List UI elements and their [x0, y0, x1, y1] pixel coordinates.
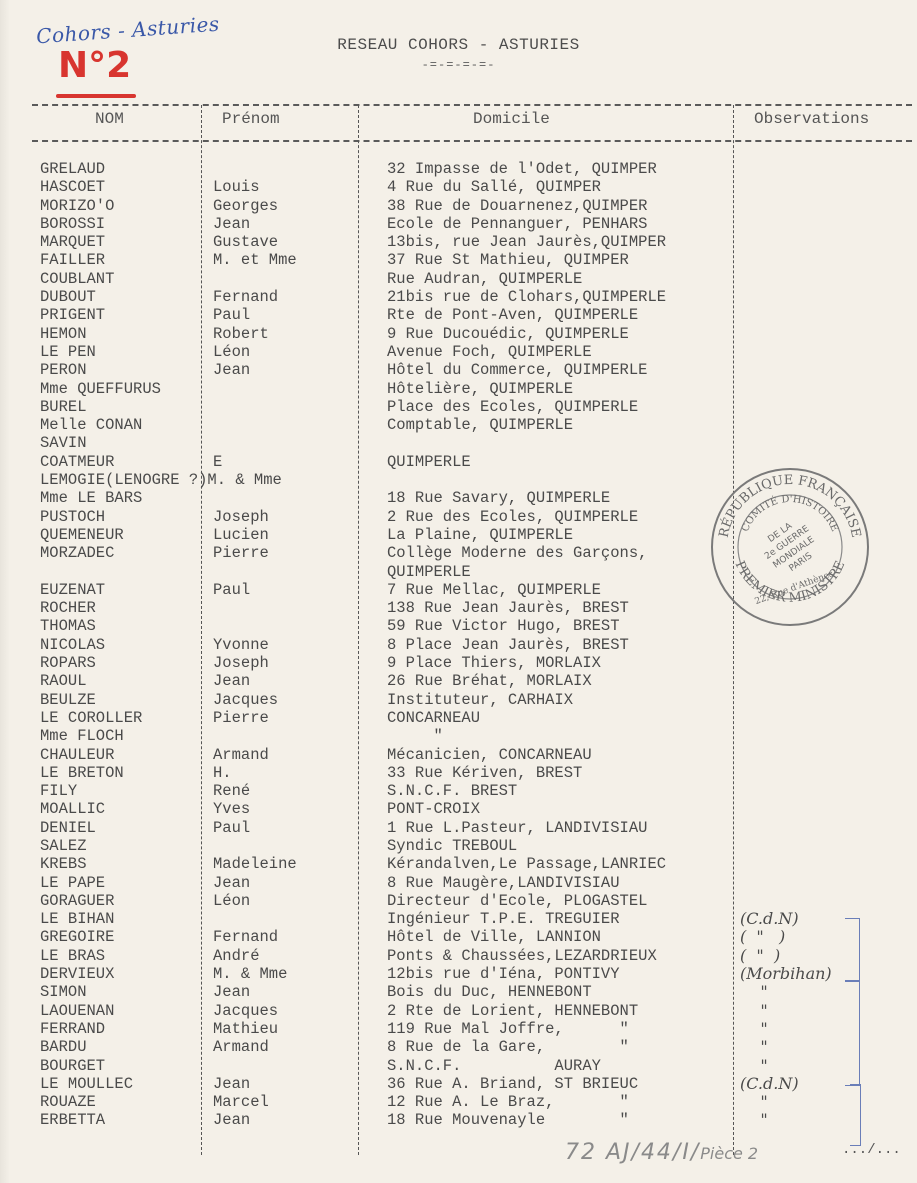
table-row: SAVIN — [0, 434, 917, 452]
cell-nom: EUZENAT — [40, 581, 105, 599]
cell-prenom: Fernand — [213, 928, 278, 946]
cell-nom: MORZADEC — [40, 544, 114, 562]
header-observations: Observations — [754, 110, 869, 128]
cell-domicile: 4 Rue du Sallé, QUIMPER — [387, 178, 601, 196]
cell-nom: BOURGET — [40, 1057, 105, 1075]
cell-nom: CHAULEUR — [40, 746, 114, 764]
cell-prenom: Léon — [213, 892, 250, 910]
table-row: LE COROLLERPierreCONCARNEAU — [0, 709, 917, 727]
cell-nom: LE COROLLER — [40, 709, 142, 727]
cell-observations: " — [740, 1093, 768, 1111]
cell-prenom: H. — [213, 764, 232, 782]
cell-domicile: 33 Rue Kériven, BREST — [387, 764, 582, 782]
table-row: HEMONRobert9 Rue Ducouédic, QUIMPERLE — [0, 325, 917, 343]
cell-observations: ( " ) — [740, 928, 785, 946]
table-body: GRELAUD32 Impasse de l'Odet, QUIMPERHASC… — [0, 160, 917, 1130]
table-row: DUBOUTFernand21bis rue de Clohars,QUIMPE… — [0, 288, 917, 306]
table-row: BOROSSIJeanEcole de Pennanguer, PENHARS — [0, 215, 917, 233]
cell-nom: BOROSSI — [40, 215, 105, 233]
cell-domicile: Instituteur, CARHAIX — [387, 691, 573, 709]
table-row: LE PAPEJean8 Rue Maugère,LANDIVISIAU — [0, 874, 917, 892]
cell-domicile: 2 Rue des Ecoles, QUIMPERLE — [387, 508, 638, 526]
table-row: GORAGUERLéonDirecteur d'Ecole, PLOGASTEL — [0, 892, 917, 910]
archive-stamp: RÉPUBLIQUE FRANÇAISE PREMIER MINISTRE CO… — [705, 462, 875, 632]
cell-nom: RAOUL — [40, 672, 87, 690]
cell-observations: (C.d.N) — [740, 1075, 799, 1093]
table-row: Melle CONANComptable, QUIMPERLE — [0, 416, 917, 434]
brace-annotation — [845, 980, 860, 1086]
cell-prenom: Marcel — [213, 1093, 269, 1111]
cell-observations: " — [740, 1111, 768, 1129]
cell-domicile: 32 Impasse de l'Odet, QUIMPER — [387, 160, 657, 178]
cell-domicile: S.N.C.F. AURAY — [387, 1057, 601, 1075]
cell-prenom: M. et Mme — [213, 251, 297, 269]
header-prenom: Prénom — [222, 110, 280, 128]
table-row: HASCOETLouis4 Rue du Sallé, QUIMPER — [0, 178, 917, 196]
title-ornament: -=-=-=-=- — [0, 58, 917, 72]
archive-piece: Pièce 2 — [700, 1144, 758, 1163]
cell-domicile: " — [387, 727, 443, 745]
table-row: MARQUETGustave13bis, rue Jean Jaurès,QUI… — [0, 233, 917, 251]
cell-nom: PERON — [40, 361, 87, 379]
cell-nom: HEMON — [40, 325, 87, 343]
cell-domicile: 2 Rte de Lorient, HENNEBONT — [387, 1002, 638, 1020]
cell-prenom: Jean — [213, 215, 250, 233]
cell-domicile: 9 Rue Ducouédic, QUIMPERLE — [387, 325, 629, 343]
table-row: BOURGETS.N.C.F. AURAY " — [0, 1057, 917, 1075]
table-row: LE BRASAndréPonts & Chaussées,LEZARDRIEU… — [0, 947, 917, 965]
cell-domicile: 8 Place Jean Jaurès, BREST — [387, 636, 629, 654]
cell-nom: FERRAND — [40, 1020, 105, 1038]
cell-nom: GREGOIRE — [40, 928, 114, 946]
cell-domicile: 38 Rue de Douarnenez,QUIMPER — [387, 197, 647, 215]
cell-prenom: Robert — [213, 325, 269, 343]
cell-observations: ( " ) — [740, 947, 780, 965]
cell-prenom: Yves — [213, 800, 250, 818]
cell-prenom: Lucien — [213, 526, 269, 544]
cell-domicile: Place des Ecoles, QUIMPERLE — [387, 398, 638, 416]
cell-observations: " — [740, 1057, 768, 1075]
cell-nom: LE PAPE — [40, 874, 105, 892]
table-row: ROUAZEMarcel12 Rue A. Le Braz, " " — [0, 1093, 917, 1111]
cell-nom: GRELAUD — [40, 160, 105, 178]
cell-prenom: Louis — [213, 178, 260, 196]
cell-nom: MOALLIC — [40, 800, 105, 818]
brace-annotation — [850, 1084, 861, 1146]
cell-nom: HASCOET — [40, 178, 105, 196]
table-row: Mme QUEFFURUSHôtelière, QUIMPERLE — [0, 380, 917, 398]
table-row: BURELPlace des Ecoles, QUIMPERLE — [0, 398, 917, 416]
cell-prenom: Paul — [213, 306, 250, 324]
cell-nom: ROPARS — [40, 654, 96, 672]
cell-nom: COATMEUR — [40, 453, 114, 471]
cell-domicile: QUIMPERLE — [387, 453, 471, 471]
table-row: DENIELPaul1 Rue L.Pasteur, LANDIVISIAU — [0, 819, 917, 837]
cell-prenom: Paul — [213, 819, 250, 837]
cell-domicile: Rte de Pont-Aven, QUIMPERLE — [387, 306, 638, 324]
cell-prenom: Armand — [213, 746, 269, 764]
cell-nom: SALEZ — [40, 837, 87, 855]
cell-prenom: Jacques — [213, 1002, 278, 1020]
table-row: BEULZEJacquesInstituteur, CARHAIX — [0, 691, 917, 709]
cell-nom: LEMOGIE(LENOGRE ?)M. & Mme — [40, 471, 282, 489]
table-header-rule — [32, 140, 912, 142]
table-row: ROPARSJoseph9 Place Thiers, MORLAIX — [0, 654, 917, 672]
table-row: LAOUENANJacques2 Rte de Lorient, HENNEBO… — [0, 1002, 917, 1020]
cell-prenom: Jean — [213, 672, 250, 690]
cell-domicile: 138 Rue Jean Jaurès, BREST — [387, 599, 629, 617]
cell-prenom: Jean — [213, 874, 250, 892]
cell-domicile: QUIMPERLE — [387, 563, 471, 581]
cell-nom: PUSTOCH — [40, 508, 105, 526]
header-domicile: Domicile — [473, 110, 550, 128]
cell-domicile: Collège Moderne des Garçons, — [387, 544, 647, 562]
cell-nom: Mme FLOCH — [40, 727, 124, 745]
cell-nom: MARQUET — [40, 233, 105, 251]
table-row: ERBETTAJean18 Rue Mouvenayle " " — [0, 1111, 917, 1129]
table-row: GREGOIREFernandHôtel de Ville, LANNION( … — [0, 928, 917, 946]
cell-observations: (C.d.N) — [740, 910, 799, 928]
cell-prenom: Pierre — [213, 544, 269, 562]
cell-domicile: 119 Rue Mal Joffre, " — [387, 1020, 629, 1038]
cell-nom: LE BRETON — [40, 764, 124, 782]
cell-nom: LE BRAS — [40, 947, 105, 965]
cell-prenom: Jean — [213, 361, 250, 379]
cell-domicile: 8 Rue Maugère,LANDIVISIAU — [387, 874, 620, 892]
cell-nom: DERVIEUX — [40, 965, 114, 983]
cell-domicile: Bois du Duc, HENNEBONT — [387, 983, 592, 1001]
header-nom: NOM — [95, 110, 124, 128]
cell-nom: COUBLANT — [40, 270, 114, 288]
cell-prenom: Georges — [213, 197, 278, 215]
cell-nom: ROUAZE — [40, 1093, 96, 1111]
cell-nom: ROCHER — [40, 599, 96, 617]
cell-domicile: 12bis rue d'Iéna, PONTIVY — [387, 965, 620, 983]
cell-prenom: Gustave — [213, 233, 278, 251]
archive-reference: 72 AJ/44/I/Pièce 2 — [565, 1140, 758, 1165]
cell-domicile: 13bis, rue Jean Jaurès,QUIMPER — [387, 233, 666, 251]
cell-domicile: Syndic TREBOUL — [387, 837, 517, 855]
cell-nom: SAVIN — [40, 434, 87, 452]
table-row: FERRANDMathieu119 Rue Mal Joffre, " " — [0, 1020, 917, 1038]
cell-prenom: E — [213, 453, 222, 471]
cell-prenom: Armand — [213, 1038, 269, 1056]
cell-domicile: CONCARNEAU — [387, 709, 480, 727]
cell-prenom: Joseph — [213, 654, 269, 672]
cell-domicile: 18 Rue Savary, QUIMPERLE — [387, 489, 610, 507]
cell-nom: LE BIHAN — [40, 910, 114, 928]
document-title: RESEAU COHORS - ASTURIES — [0, 36, 917, 54]
cell-nom: GORAGUER — [40, 892, 114, 910]
cell-domicile: Hôtel de Ville, LANNION — [387, 928, 601, 946]
cell-domicile: Mécanicien, CONCARNEAU — [387, 746, 592, 764]
cell-domicile: 12 Rue A. Le Braz, " — [387, 1093, 629, 1111]
table-row: DERVIEUXM. & Mme12bis rue d'Iéna, PONTIV… — [0, 965, 917, 983]
cell-domicile: 1 Rue L.Pasteur, LANDIVISIAU — [387, 819, 647, 837]
cell-prenom: Yvonne — [213, 636, 269, 654]
cell-prenom: Léon — [213, 343, 250, 361]
cell-domicile: Avenue Foch, QUIMPERLE — [387, 343, 592, 361]
cell-nom: SIMON — [40, 983, 87, 1001]
cell-prenom: M. & Mme — [213, 965, 287, 983]
cell-domicile: S.N.C.F. BREST — [387, 782, 517, 800]
table-row: PRIGENTPaulRte de Pont-Aven, QUIMPERLE — [0, 306, 917, 324]
cell-domicile: La Plaine, QUIMPERLE — [387, 526, 573, 544]
cell-prenom: Jean — [213, 1075, 250, 1093]
cell-prenom: Paul — [213, 581, 250, 599]
cell-observations: " — [740, 983, 768, 1001]
table-row: PERONJeanHôtel du Commerce, QUIMPERLE — [0, 361, 917, 379]
continuation-mark: .../... — [842, 1142, 901, 1158]
cell-domicile: 18 Rue Mouvenayle " — [387, 1111, 629, 1129]
cell-observations: " — [740, 1020, 768, 1038]
table-row: NICOLASYvonne8 Place Jean Jaurès, BREST — [0, 636, 917, 654]
cell-domicile: Rue Audran, QUIMPERLE — [387, 270, 582, 288]
cell-prenom: Jacques — [213, 691, 278, 709]
cell-prenom: Pierre — [213, 709, 269, 727]
cell-prenom: Mathieu — [213, 1020, 278, 1038]
cell-domicile: Hôtelière, QUIMPERLE — [387, 380, 573, 398]
table-row: MOALLICYvesPONT-CROIX — [0, 800, 917, 818]
table-row: MORIZO'OGeorges38 Rue de Douarnenez,QUIM… — [0, 197, 917, 215]
cell-domicile: 26 Rue Bréhat, MORLAIX — [387, 672, 592, 690]
table-row: LE PENLéonAvenue Foch, QUIMPERLE — [0, 343, 917, 361]
cell-domicile: 36 Rue A. Briand, ST BRIEUC — [387, 1075, 638, 1093]
cell-nom: QUEMENEUR — [40, 526, 124, 544]
cell-domicile: PONT-CROIX — [387, 800, 480, 818]
table-row: LE BIHANIngénieur T.P.E. TREGUIER(C.d.N) — [0, 910, 917, 928]
piece-number-underline — [56, 94, 136, 98]
cell-prenom: Jean — [213, 1111, 250, 1129]
cell-nom: LAOUENAN — [40, 1002, 114, 1020]
cell-nom: DUBOUT — [40, 288, 96, 306]
cell-nom: Mme LE BARS — [40, 489, 142, 507]
cell-domicile: Ponts & Chaussées,LEZARDRIEUX — [387, 947, 657, 965]
cell-nom: MORIZO'O — [40, 197, 114, 215]
table-row: GRELAUD32 Impasse de l'Odet, QUIMPER — [0, 160, 917, 178]
cell-nom: FILY — [40, 782, 77, 800]
cell-domicile: Comptable, QUIMPERLE — [387, 416, 573, 434]
table-row: Mme FLOCH " — [0, 727, 917, 745]
table-row: SIMONJeanBois du Duc, HENNEBONT " — [0, 983, 917, 1001]
cell-domicile: 59 Rue Victor Hugo, BREST — [387, 617, 620, 635]
table-row: RAOULJean26 Rue Bréhat, MORLAIX — [0, 672, 917, 690]
cell-domicile: Ingénieur T.P.E. TREGUIER — [387, 910, 620, 928]
table-row: LE MOULLECJean36 Rue A. Briand, ST BRIEU… — [0, 1075, 917, 1093]
table-top-rule — [32, 104, 912, 106]
table-row: LE BRETONH.33 Rue Kériven, BREST — [0, 764, 917, 782]
cell-nom: DENIEL — [40, 819, 96, 837]
brace-annotation — [845, 918, 860, 982]
cell-nom: BEULZE — [40, 691, 96, 709]
cell-domicile: 9 Place Thiers, MORLAIX — [387, 654, 601, 672]
table-row: SALEZSyndic TREBOUL — [0, 837, 917, 855]
cell-nom: NICOLAS — [40, 636, 105, 654]
cell-nom: Mme QUEFFURUS — [40, 380, 161, 398]
cell-nom: KREBS — [40, 855, 87, 873]
cell-nom: LE PEN — [40, 343, 96, 361]
cell-observations: " — [740, 1002, 768, 1020]
cell-nom: FAILLER — [40, 251, 105, 269]
table-row: COUBLANTRue Audran, QUIMPERLE — [0, 270, 917, 288]
archive-code: 72 AJ/44/I/ — [565, 1140, 700, 1165]
cell-domicile: Directeur d'Ecole, PLOGASTEL — [387, 892, 647, 910]
cell-nom: BARDU — [40, 1038, 87, 1056]
cell-nom: PRIGENT — [40, 306, 105, 324]
cell-observations: " — [740, 1038, 768, 1056]
cell-prenom: Fernand — [213, 288, 278, 306]
cell-nom: Melle CONAN — [40, 416, 142, 434]
cell-prenom: André — [213, 947, 260, 965]
cell-domicile: 37 Rue St Mathieu, QUIMPER — [387, 251, 629, 269]
cell-prenom: Jean — [213, 983, 250, 1001]
table-row: BARDUArmand8 Rue de la Gare, " " — [0, 1038, 917, 1056]
cell-domicile: Ecole de Pennanguer, PENHARS — [387, 215, 647, 233]
cell-observations: (Morbihan) — [740, 965, 832, 983]
cell-nom: THOMAS — [40, 617, 96, 635]
cell-prenom: Joseph — [213, 508, 269, 526]
cell-prenom: Madeleine — [213, 855, 297, 873]
table-row: FILYRenéS.N.C.F. BREST — [0, 782, 917, 800]
table-row: FAILLERM. et Mme37 Rue St Mathieu, QUIMP… — [0, 251, 917, 269]
cell-nom: ERBETTA — [40, 1111, 105, 1129]
cell-domicile: Kérandalven,Le Passage,LANRIEC — [387, 855, 666, 873]
cell-domicile: 7 Rue Mellac, QUIMPERLE — [387, 581, 601, 599]
cell-nom: LE MOULLEC — [40, 1075, 133, 1093]
table-row: KREBSMadeleineKérandalven,Le Passage,LAN… — [0, 855, 917, 873]
cell-domicile: 21bis rue de Clohars,QUIMPERLE — [387, 288, 666, 306]
cell-nom: BUREL — [40, 398, 87, 416]
cell-domicile: Hôtel du Commerce, QUIMPERLE — [387, 361, 647, 379]
cell-prenom: René — [213, 782, 250, 800]
cell-domicile: 8 Rue de la Gare, " — [387, 1038, 629, 1056]
table-row: CHAULEURArmandMécanicien, CONCARNEAU — [0, 746, 917, 764]
